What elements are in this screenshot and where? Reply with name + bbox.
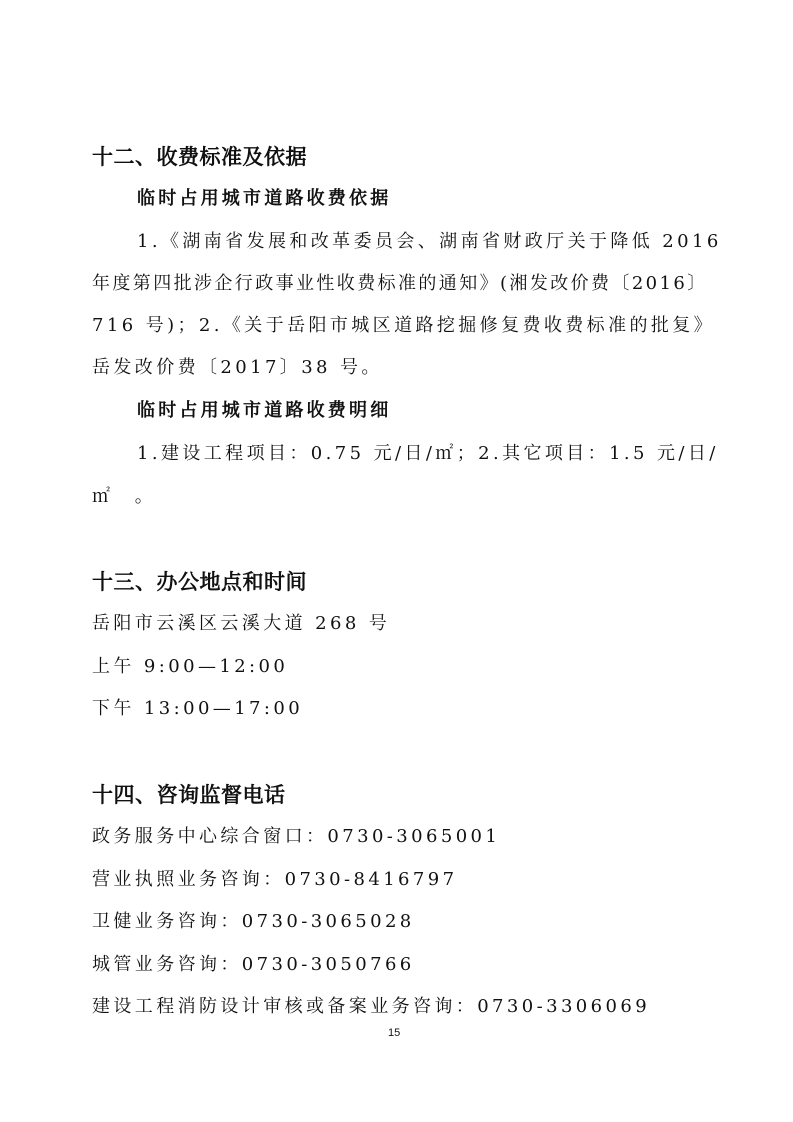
section-heading-fees: 十二、收费标准及依据	[92, 141, 307, 171]
office-hours-afternoon: 下午 13:00—17:00	[92, 694, 303, 720]
contact-line: 营业执照业务咨询：0730-8416797	[92, 865, 457, 891]
office-address: 岳阳市云溪区云溪大道 268 号	[92, 609, 390, 635]
subheading-fee-basis: 临时占用城市道路收费依据	[137, 184, 391, 210]
detail-line-2: ㎡ 。	[92, 482, 156, 508]
office-hours-morning: 上午 9:00—12:00	[92, 652, 288, 678]
section-heading-contacts: 十四、咨询监督电话	[92, 779, 286, 809]
basis-line-4: 岳发改价费〔2017〕38 号。	[92, 353, 383, 379]
basis-line-1: 1.《湖南省发展和改革委员会、湖南省财政厅关于降低 2016	[137, 227, 722, 253]
section-heading-office: 十三、办公地点和时间	[92, 566, 307, 596]
contact-line: 卫健业务咨询：0730-3065028	[92, 907, 415, 933]
page-number: 15	[388, 1027, 400, 1039]
subheading-fee-detail: 临时占用城市道路收费明细	[137, 396, 391, 422]
contact-line: 城管业务咨询：0730-3050766	[92, 950, 415, 976]
contact-line: 政务服务中心综合窗口：0730-3065001	[92, 822, 500, 848]
contact-line: 建设工程消防设计审核或备案业务咨询：0730-3306069	[92, 992, 650, 1018]
basis-line-3: 716 号)；2.《关于岳阳市城区道路挖掘修复费收费标准的批复》	[92, 311, 715, 337]
basis-line-2: 年度第四批涉企行政事业性收费标准的通知》(湘发改价费〔2016〕	[92, 269, 708, 295]
detail-line-1: 1.建设工程项目：0.75 元/日/㎡；2.其它项目：1.5 元/日/	[137, 439, 719, 465]
